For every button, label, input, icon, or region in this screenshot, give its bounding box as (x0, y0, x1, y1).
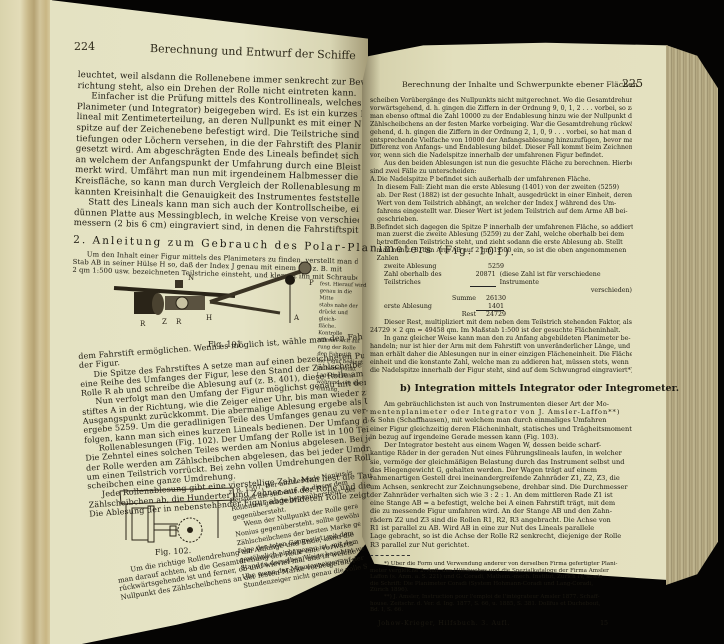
text-line: mentenplanimeter oder Integrator von J. … (370, 408, 632, 416)
text-line: handeln; nur ist hier der Arm mit dem Fa… (370, 343, 632, 351)
text-line: einheit und die konstante Zahl, welche m… (370, 359, 632, 367)
row-note: verschieden) (481, 287, 632, 295)
book-photo: 224 Berechnung und Entwurf der Schiffe l… (0, 0, 724, 644)
text-line: Die Nadelspitze P befindet sich außerhal… (377, 176, 632, 184)
text-line: sie, vermöge der gleichmäßigen Belastung… (370, 458, 632, 466)
list-marker: B. (370, 224, 377, 264)
fig-label: R (140, 320, 146, 328)
text-line: geschrieben. (377, 216, 632, 224)
signature-text: Johow-Krieger, Hilfsbuch. 3. Aufl. (378, 620, 510, 628)
text-line: Befindet sich dagegen die Spitze P inner… (377, 224, 634, 232)
left-body-top: leuchtet, weil alsdann die Rollenebene i… (72, 70, 363, 281)
row-label (384, 287, 458, 295)
row-value: 5259 (476, 263, 504, 271)
text-line: Am gebräuchlichsten ist auch von Instrum… (370, 400, 632, 408)
text-line: gehend, d. h. gingen die Ziffern in der … (370, 129, 632, 137)
row-value: 24729 (478, 311, 506, 319)
text-line: der Zahnräder verhalten sich wie 3 : 2 :… (370, 491, 632, 499)
table-row: Zahl oberhalb des Teilstriches20871(dies… (384, 271, 632, 287)
footnote-line: Laffon (s. Anm. a. S. 221) und G. Coradi… (370, 574, 632, 581)
table-row: erste Ablesung1401 (384, 303, 632, 312)
text-line: ab. Der Rest (1882) ist der gesuchte Inh… (377, 192, 632, 200)
footnote-divider (370, 555, 410, 556)
table-row: zweite Ablesung5259 (384, 263, 632, 271)
footnotes: *) Über die Form und Verwendung anderer … (370, 561, 632, 614)
footnote-line: house. Zeitschr. d. Ver. d. Ing. 1877, S… (370, 601, 632, 608)
roll-reading-illustration (118, 486, 236, 548)
row-label: Rest (384, 311, 478, 319)
list-item: A. Die Nadelspitze P befindet sich außer… (370, 176, 632, 223)
row-value (458, 287, 481, 295)
text-line: rädern Z2 und Z3 sind die Rollen R1, R2,… (370, 516, 632, 524)
text-line: sind zwei Fälle zu unterscheiden: (370, 168, 632, 176)
text-line: & Sohn (Schaffhausen), mit welchem man d… (370, 416, 632, 424)
text-line: das Hiegengewicht G, gehalten werden. De… (370, 466, 632, 474)
text-line: einer Figur gleichzeitig deren Flächenin… (370, 425, 632, 433)
row-note: (diese Zahl ist für verschiedene Instrum… (496, 271, 632, 287)
fig102-caption: Fig. 102. (155, 546, 192, 557)
text-line: Aus den beiden Ablesungen ist nun die ge… (370, 160, 632, 168)
right-body: scheiben Vorübergänge des Nullpunkts nic… (370, 97, 632, 628)
text-line: scheiben Vorübergänge des Nullpunkts nic… (370, 97, 632, 105)
text-line: In diesem Fall: Zieht man die erste Able… (377, 184, 632, 192)
text-line: vorwärtsgehend, d. h. gingen die Ziffern… (370, 105, 632, 113)
signature-line: Johow-Krieger, Hilfsbuch. 3. Aufl. 15 (370, 620, 608, 628)
row-label: erste Ablesung (384, 303, 476, 312)
text-line: betreffenden Teilstriche steht, und zieh… (377, 239, 634, 247)
text-line: in bezug auf irgendeine Gerade messen ka… (370, 433, 632, 441)
fig-label: N (188, 274, 194, 282)
text-line: entsprechende Vielfache von 10000 der An… (370, 137, 632, 145)
text-line: Differenz von Anfangs- und Endablesung b… (370, 144, 632, 152)
text-line: R3 parallel zur Nut gerichtet. (370, 541, 632, 549)
row-label: Summe (384, 295, 478, 303)
list-item: B. Befindet sich dagegen die Spitze P in… (370, 224, 632, 264)
text-line: man erhält daher die Ablesungen nur in e… (370, 351, 632, 359)
text-line: 24729 × 2 qm = 49458 qm. Im Maßstab 1:50… (370, 327, 632, 335)
integrator-section: Am gebräuchlichsten ist auch von Instrum… (370, 400, 632, 549)
list-marker: A. (370, 176, 377, 223)
left-page-stack-edge (0, 0, 52, 644)
text-line: eine Stange AB = a befestigt, welche bei… (370, 499, 632, 507)
row-label: zweite Ablesung (384, 263, 476, 271)
text-line: Zahlen (377, 255, 634, 263)
fig-label: R (176, 318, 182, 326)
polar-planimeter-illustration: R Z R H N P A (110, 258, 315, 348)
fig-label: A (293, 314, 300, 322)
signature-mark: 15 (600, 620, 608, 628)
row-value: 1401 (476, 303, 504, 312)
row-value: 26130 (478, 295, 506, 303)
fig-label: H (206, 314, 212, 322)
left-page-number: 224 (74, 40, 95, 53)
text-line: R1 ist parallel zu AB. Wird AB in eine z… (370, 524, 632, 532)
text-line: rahmenartigen Gestell drei ineinandergre… (370, 474, 632, 482)
text-line: Der Integrator besteht aus einem Wagen W… (370, 441, 632, 449)
fig-label: P (309, 279, 314, 287)
footnote-line: die Schrift: Die Planimeter Coradi (Syst… (370, 581, 632, 588)
table-row: verschieden) (384, 287, 632, 295)
text-line: Dieser Rest, multipliziert mit dem neben… (370, 319, 632, 327)
text-line: um Achsen, senkrecht zur Zeichnungsebene… (370, 483, 632, 491)
text-line: die zu messende Figur umfahren wird. An … (370, 507, 632, 515)
text-line: kantige Räder in der geraden Nut eines F… (370, 449, 632, 457)
footnote-line: **) J. Amsler, Instruction pour l'emploi… (370, 594, 632, 601)
right-page-stack-edge (666, 45, 718, 585)
table-row: Rest24729 (384, 311, 632, 319)
right-running-head: Berechnung der Inhalte und Schwerpunkte … (402, 80, 640, 89)
right-page-number: 225 (622, 77, 643, 90)
row-label: Zahl oberhalb des Teilstriches (384, 271, 470, 287)
text-line: Wert von dem Teilstrich abhängt, an welc… (377, 200, 632, 208)
fig-label: Z (162, 318, 167, 326)
footnote-line: Bd. I, S. 66. (370, 607, 632, 614)
text-line: In ganz gleicher Weise kann man den zu A… (370, 335, 632, 343)
text-line: man nun z. B. den Arm AB auf 2 qm 1:500 … (377, 247, 634, 255)
footnote-line: *) Über die Form und Verwendung anderer … (370, 561, 632, 568)
section-heading: b) Integration mittels Integrator oder I… (400, 385, 632, 393)
text-line: man ebenso oftmal die Zahl 10000 zu der … (370, 113, 632, 121)
text-line: Lage gebracht, so ist die Achse der Roll… (370, 532, 632, 540)
footnote-line: meter vergleiche 2. Aufl. des Hilfsbuche… (370, 568, 632, 575)
text-line: fahrens eingestellt war. Dieser Wert ist… (377, 208, 632, 216)
text-line: vor, wenn sich die Nadelspitze innerhalb… (370, 152, 632, 160)
text-line: man zuerst die zweite Ablesung (5259) zu… (377, 231, 634, 239)
text-line: die Nadelspitze innerhalb der Figur steh… (370, 367, 632, 375)
row-value: 20871 (470, 271, 496, 287)
text-line: Zählscheibchens an der festen Marke vorb… (370, 121, 632, 129)
sum-table: zweite Ablesung5259 Zahl oberhalb des Te… (370, 263, 632, 319)
table-row: Summe26130 (384, 295, 632, 303)
footnote-line: Zürich 1896). (370, 587, 632, 594)
row-note (504, 263, 508, 271)
